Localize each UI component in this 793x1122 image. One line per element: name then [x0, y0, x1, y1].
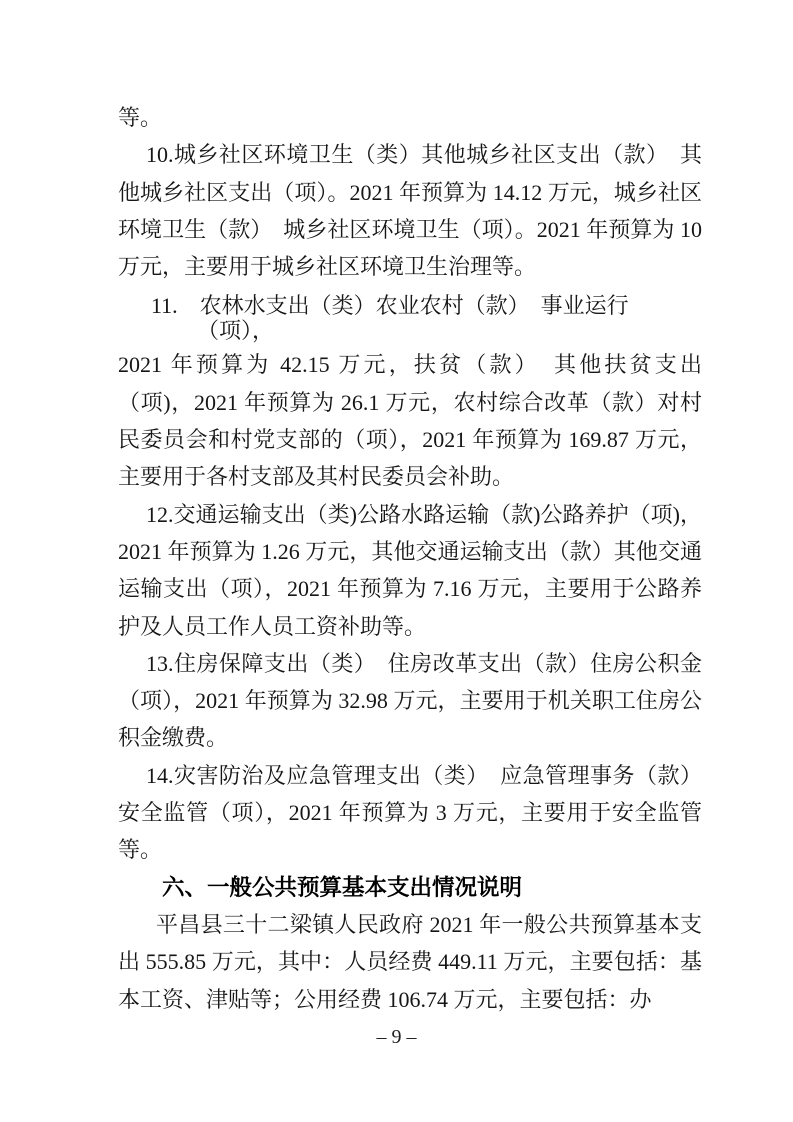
paragraph: 等。 [118, 99, 702, 136]
paragraph: 12.交通运输支出（类)公路水路运输（款)公路养护（项)，2021 年预算为 1… [118, 496, 702, 645]
paragraph: 11. 农林水支出（类）农业农村（款） 事业运行 [118, 293, 702, 318]
page-number: – 9 – [0, 1026, 793, 1049]
paragraph: 14.灾害防治及应急管理支出（类） 应急管理事务（款）安全监管（项），2021 … [118, 757, 702, 869]
paragraph: 10.城乡社区环境卫生（类）其他城乡社区支出（款） 其他城乡社区支出（项）。20… [118, 136, 702, 285]
paragraph: （项）， [118, 318, 702, 343]
paragraph: 平昌县三十二梁镇人民政府 2021 年一般公共预算基本支出 555.85 万元，… [118, 906, 702, 1018]
paragraph: 13.住房保障支出（类） 住房改革支出（款）住房公积金（项），2021 年预算为… [118, 645, 702, 757]
document-page: 等。10.城乡社区环境卫生（类）其他城乡社区支出（款） 其他城乡社区支出（项）。… [0, 0, 793, 1122]
section-heading: 六、一般公共预算基本支出情况说明 [118, 869, 702, 906]
paragraph: 2021 年预算为 42.15 万元，扶贫（款） 其他扶贫支出（项)，2021 … [118, 346, 702, 495]
document-body: 等。10.城乡社区环境卫生（类）其他城乡社区支出（款） 其他城乡社区支出（项）。… [118, 99, 702, 1018]
